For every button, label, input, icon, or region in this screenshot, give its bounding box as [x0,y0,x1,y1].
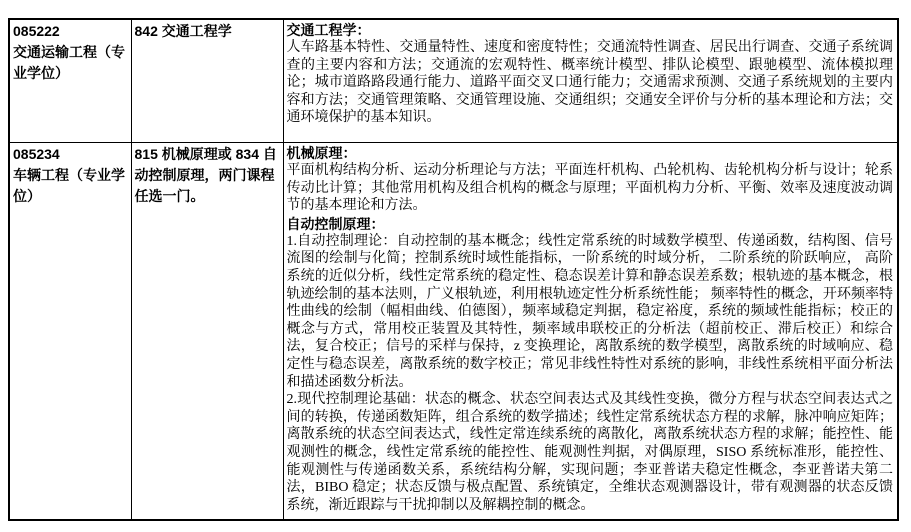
program-code: 085222 [13,21,127,42]
program-cell: 085222 交通运输工程（专业学位） [9,19,131,143]
syllabus-paragraph: 平面机构结构分析、运动分析理论与方法；平面连杆机构、凸轮机构、齿轮机构分析与设计… [287,162,894,215]
syllabus-heading: 机械原理： [287,144,894,162]
program-code: 085234 [13,144,127,165]
exam-subject: 842 交通工程学 [135,21,279,42]
document-page: 085222 交通运输工程（专业学位） 842 交通工程学 交通工程学： 人车路… [8,18,899,521]
syllabus-heading: 自动控制原理： [287,215,894,233]
program-name: 交通运输工程（专业学位） [13,42,127,84]
syllabus-cell: 机械原理： 平面机构结构分析、运动分析理论与方法；平面连杆机构、凸轮机构、齿轮机… [283,143,898,521]
table-row: 085222 交通运输工程（专业学位） 842 交通工程学 交通工程学： 人车路… [9,19,898,143]
program-name: 车辆工程（专业学位） [13,165,127,207]
exam-subject-cell: 842 交通工程学 [131,19,283,143]
admission-subjects-table: 085222 交通运输工程（专业学位） 842 交通工程学 交通工程学： 人车路… [8,18,899,521]
syllabus-cell: 交通工程学： 人车路基本特性、交通量特性、速度和密度特性；交通流特性调查、居民出… [283,19,898,143]
syllabus-paragraph: 2.现代控制理论基础：状态的概念、状态空间表达式及其线性变换，微分方程与状态空间… [287,391,894,514]
syllabus-heading: 交通工程学： [287,21,894,39]
exam-subject-cell: 815 机械原理或 834 自动控制原理，两门课程任选一门。 [131,143,283,521]
program-cell: 085234 车辆工程（专业学位） [9,143,131,521]
table-row: 085234 车辆工程（专业学位） 815 机械原理或 834 自动控制原理，两… [9,143,898,521]
syllabus-paragraph: 1.自动控制理论：自动控制的基本概念；线性定常系统的时域数学模型、传递函数，结构… [287,233,894,391]
syllabus-paragraph: 人车路基本特性、交通量特性、速度和密度特性；交通流特性调查、居民出行调查、交通子… [287,39,894,127]
exam-subject: 815 机械原理或 834 自动控制原理，两门课程任选一门。 [135,144,279,207]
